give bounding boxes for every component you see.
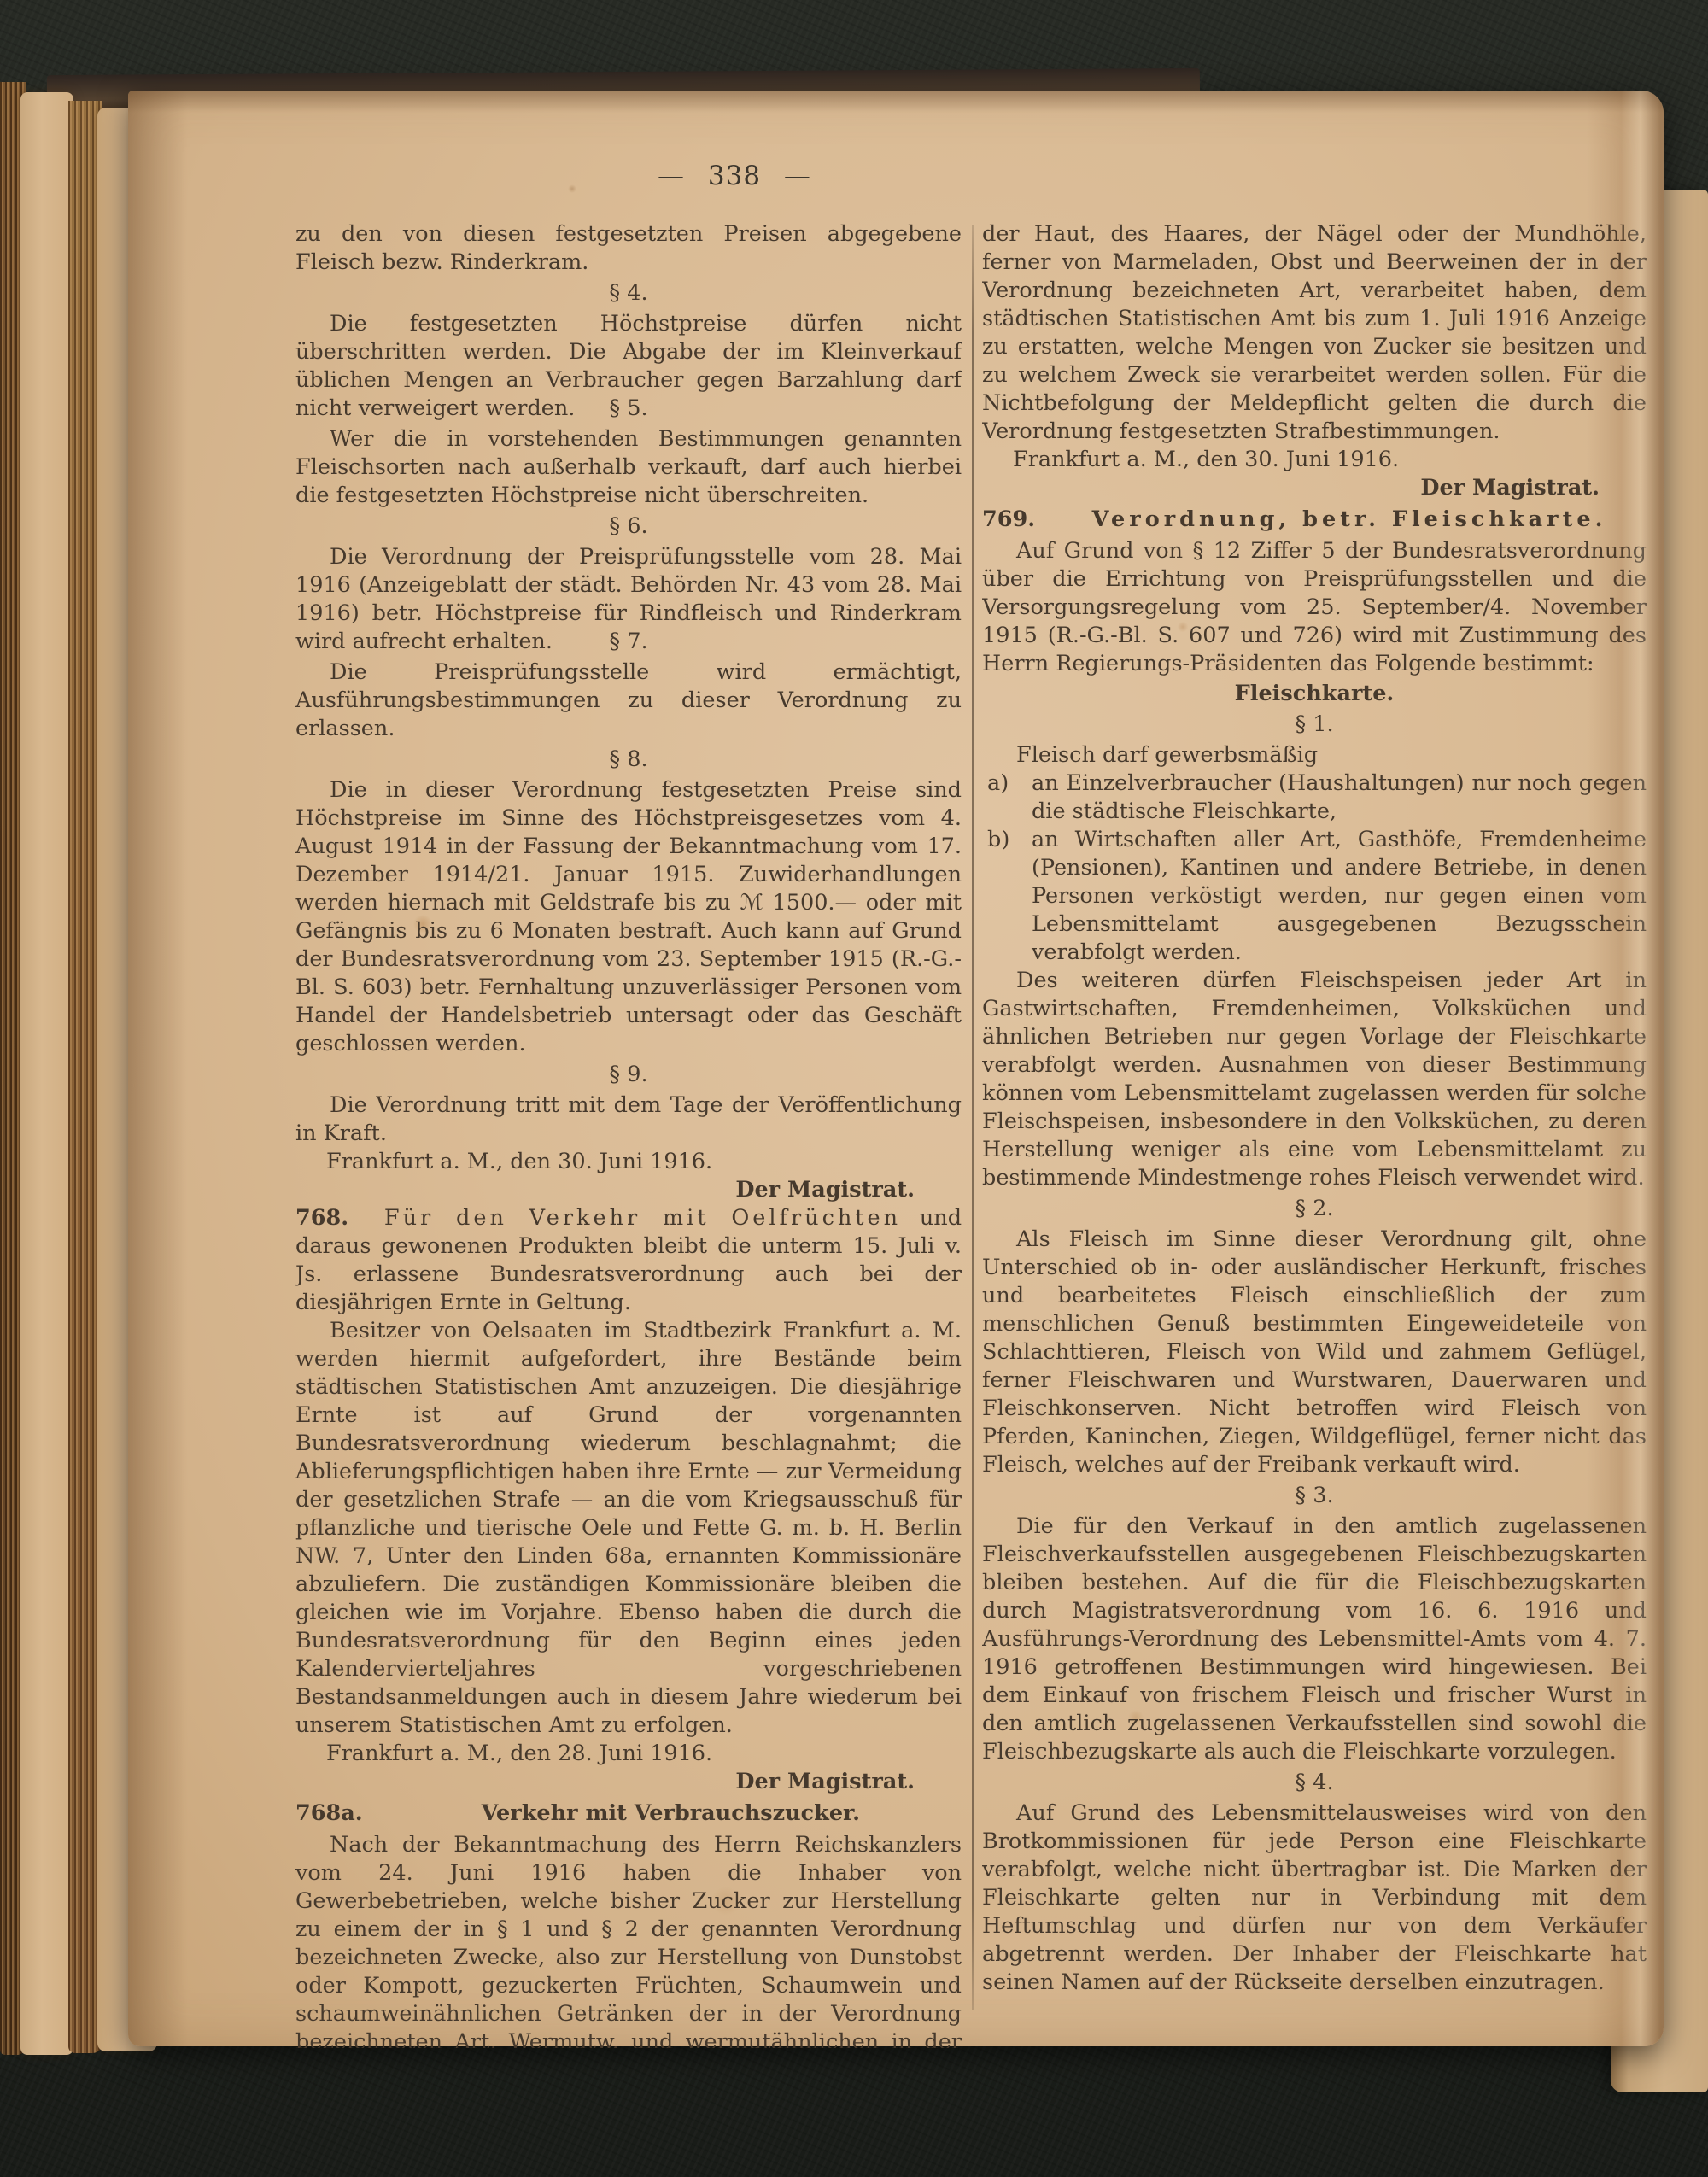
article-heading: 768a.Verkehr mit Verbrauchszucker.	[295, 1800, 962, 1828]
column-divider	[972, 225, 974, 2010]
signature: Der Magistrat.	[982, 474, 1647, 502]
paragraph: zu den von diesen festgesetzten Preisen …	[295, 220, 962, 277]
list-marker: b)	[982, 826, 1032, 967]
section-heading: § 6.	[295, 512, 962, 541]
paragraph: Die in dieser Verordnung festgesetzten P…	[295, 776, 962, 1058]
scanned-page: — 338 — zu den von diesen festgesetzten …	[128, 91, 1664, 2046]
list-item-text: an Einzelverbraucher (Haushaltungen) nur…	[1032, 770, 1647, 826]
under-sheet	[20, 92, 73, 2055]
section-heading: § 4.	[982, 1769, 1647, 1797]
list-item: a)an Einzelverbraucher (Haushaltungen) n…	[982, 770, 1647, 826]
paragraph: Nach der Bekanntmachung des Herrn Reichs…	[295, 1831, 962, 2048]
article-title: Verkehr mit Verbrauchszucker.	[380, 1800, 962, 1828]
article-number: 769.	[982, 506, 1035, 534]
article-title-inline: Für den Verkehr mit Oelfrüchten	[384, 1205, 901, 1231]
paragraph: Die für den Verkauf in den amtlich zugel…	[982, 1513, 1647, 1766]
list-item-text: an Wirtschaften aller Art, Gasthöfe, Fre…	[1032, 826, 1647, 967]
subheading: Fleischkarte.	[982, 680, 1647, 708]
paragraph: Besitzer von Oelsaaten im Stadtbezirk Fr…	[295, 1317, 962, 1740]
list-marker: a)	[982, 770, 1032, 826]
paragraph: Fleisch darf gewerbsmäßig	[982, 741, 1647, 770]
dateline: Frankfurt a. M., den 30. Juni 1916.	[982, 446, 1647, 474]
book-scan: — 338 — zu den von diesen festgesetzten …	[0, 0, 1708, 2177]
signature: Der Magistrat.	[295, 1176, 962, 1204]
article-title: Verordnung, betr. Fleischkarte.	[1052, 506, 1647, 534]
paragraph: 768. Für den Verkehr mit Oelfrüchten und…	[295, 1204, 962, 1317]
paragraph: Als Fleisch im Sinne dieser Verordnung g…	[982, 1226, 1647, 1479]
paragraph: Des weiteren dürfen Fleischspeisen jeder…	[982, 967, 1647, 1192]
left-column: zu den von diesen festgesetzten Preisen …	[295, 220, 962, 2048]
article-number: 768.	[295, 1205, 348, 1231]
paragraph: Wer die in vorstehenden Bestimmungen gen…	[295, 425, 962, 510]
right-column: der Haut, des Haares, der Nägel oder der…	[982, 220, 1647, 2048]
list-item: b)an Wirtschaften aller Art, Gasthöfe, F…	[982, 826, 1647, 967]
paragraph: Die Preisprüfungsstelle wird ermächtigt,…	[295, 658, 962, 743]
paragraph: Auf Grund des Lebensmittelausweises wird…	[982, 1800, 1647, 1997]
section-heading: § 1.	[982, 711, 1647, 739]
dateline: Frankfurt a. M., den 28. Juni 1916.	[295, 1740, 962, 1768]
section-heading: § 2.	[982, 1195, 1647, 1223]
section-heading: § 4.	[295, 279, 962, 307]
paragraph: Die Verordnung tritt mit dem Tage der Ve…	[295, 1091, 962, 1148]
gutter-shadow	[128, 91, 188, 2046]
section-heading: § 8.	[295, 746, 962, 774]
article-heading: 769.Verordnung, betr. Fleischkarte.	[982, 506, 1647, 534]
page-number: — 338 —	[495, 161, 974, 191]
section-heading: § 9.	[295, 1061, 962, 1089]
paragraph: der Haut, des Haares, der Nägel oder der…	[982, 220, 1647, 446]
section-heading: § 3.	[982, 1482, 1647, 1510]
dateline: Frankfurt a. M., den 30. Juni 1916.	[295, 1148, 962, 1176]
signature: Der Magistrat.	[295, 1768, 962, 1796]
paragraph: Auf Grund von § 12 Ziffer 5 der Bundesra…	[982, 537, 1647, 678]
article-number: 768a.	[295, 1800, 363, 1828]
